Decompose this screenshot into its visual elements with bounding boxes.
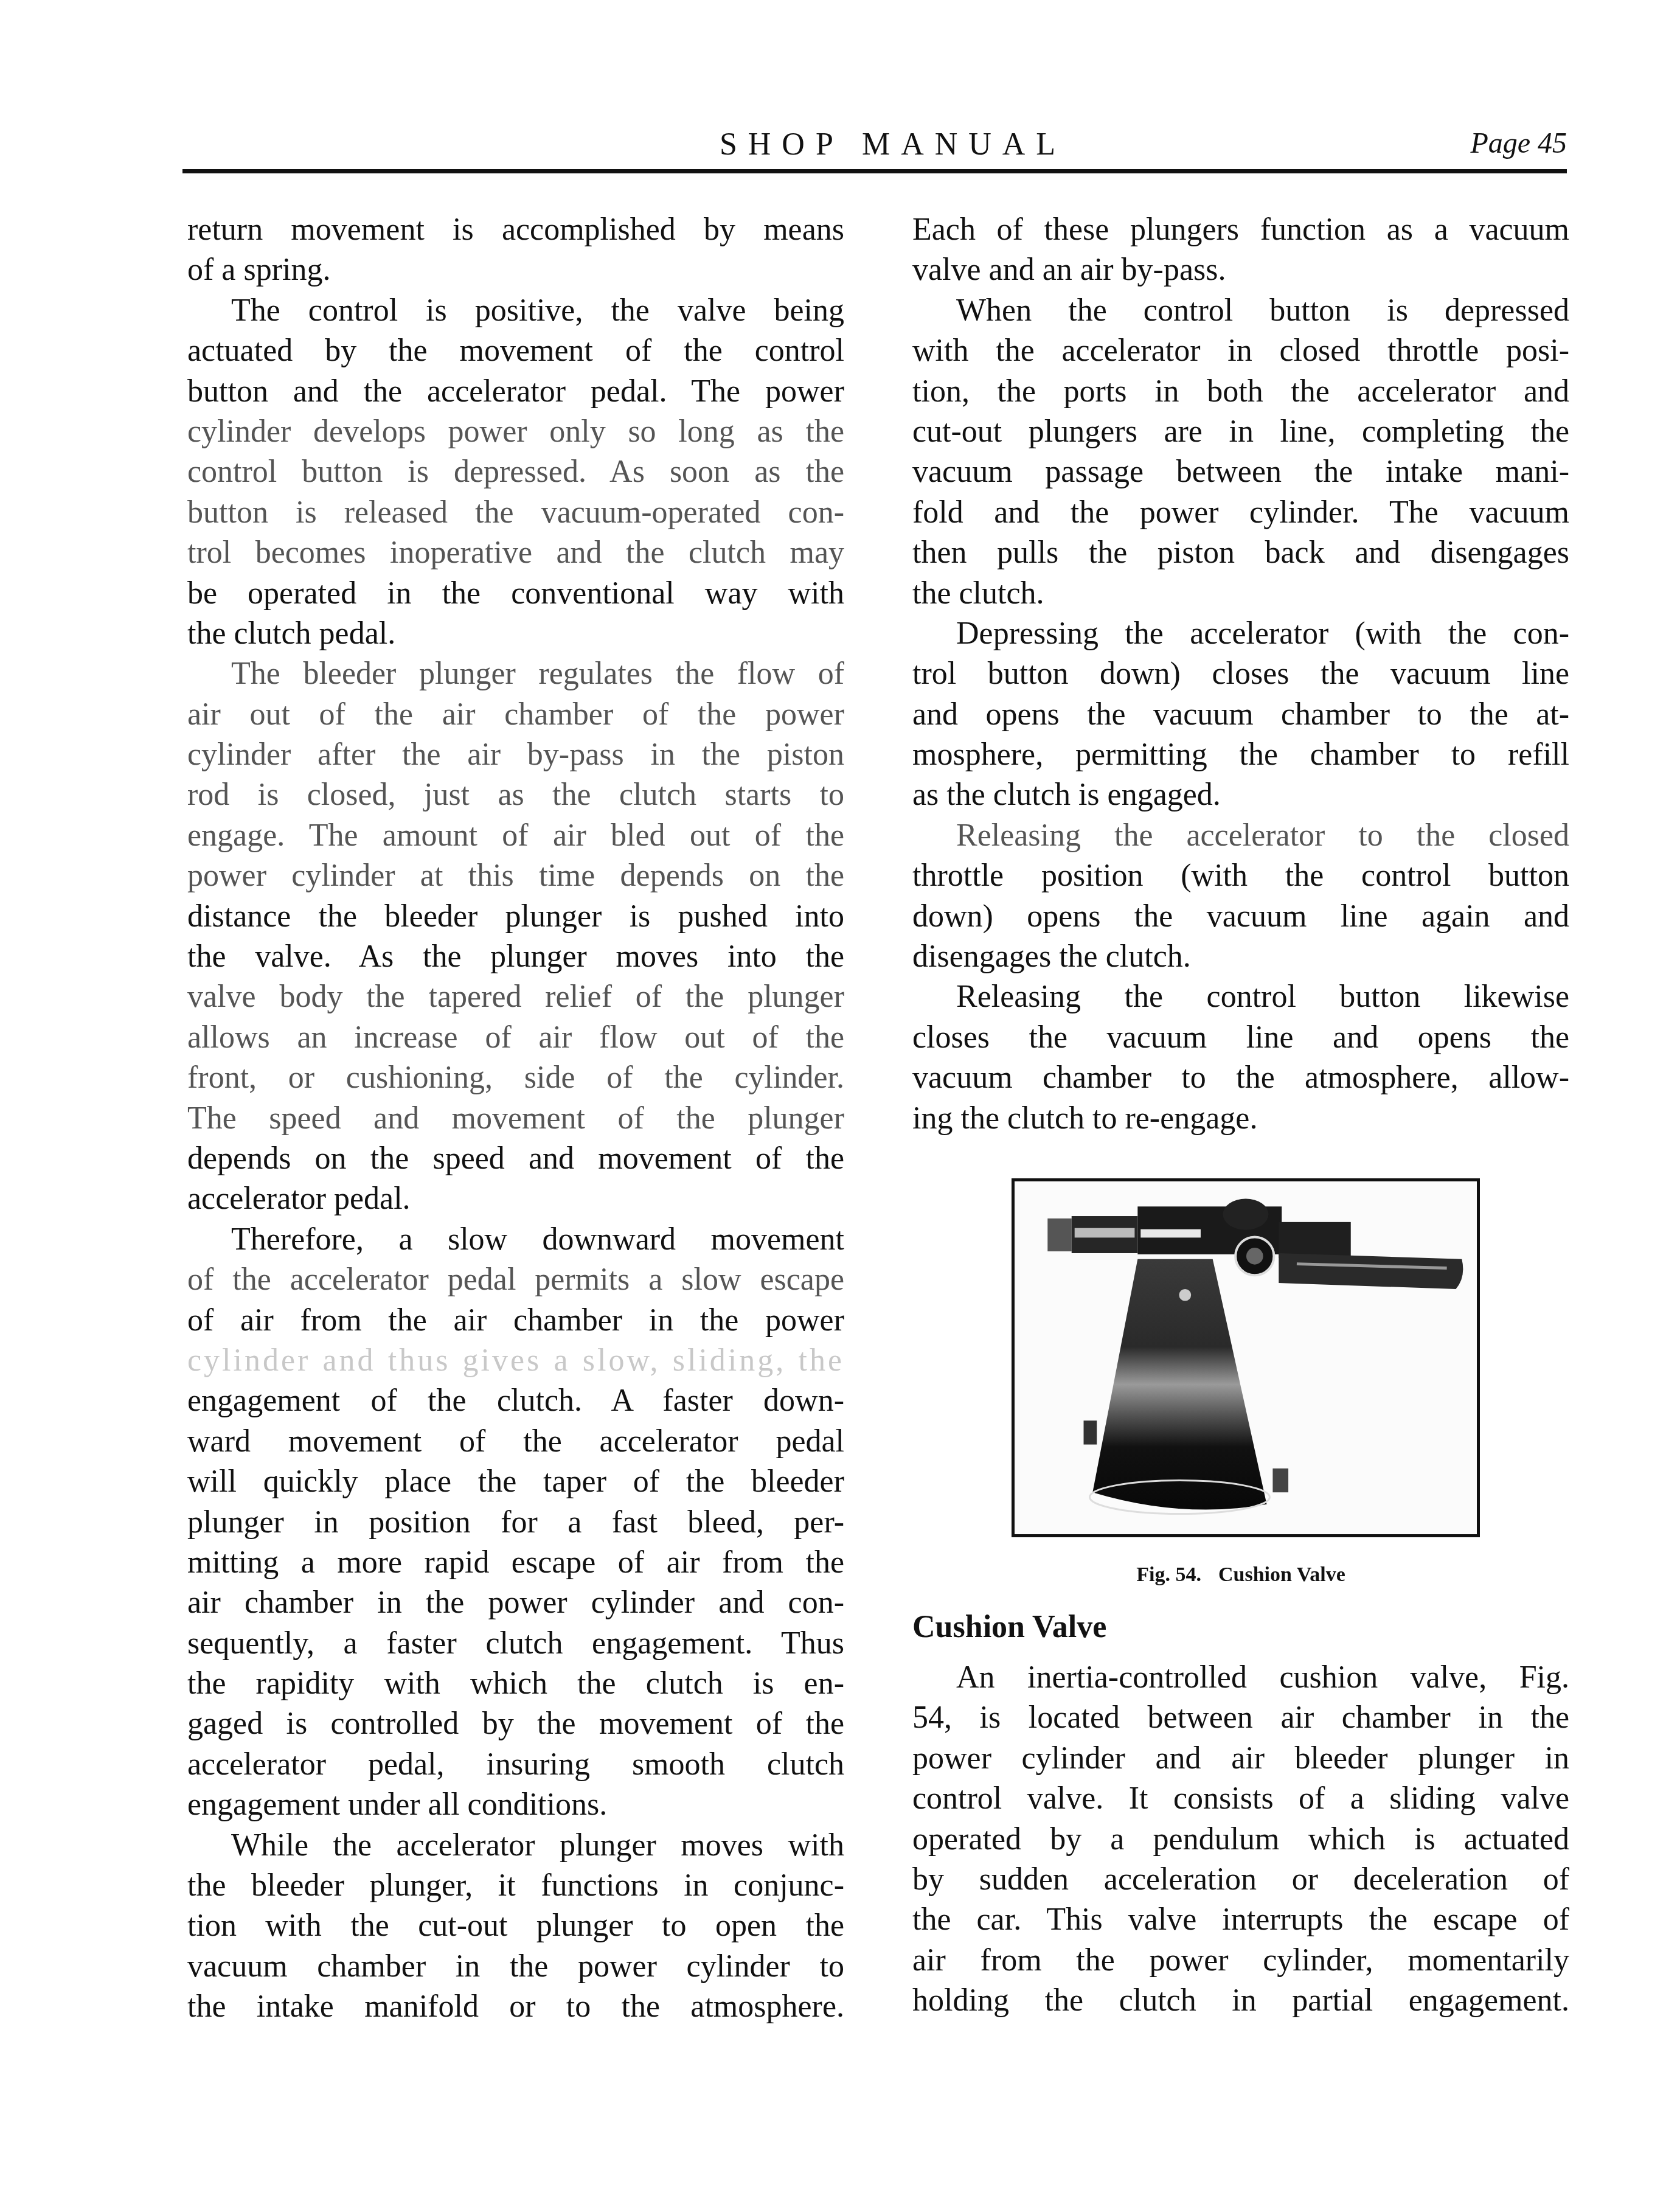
text-line: control button is depressed. As soon as … [187,452,844,492]
left-column: return movement is accomplished by means… [187,210,844,2028]
text-line: cut-out plungers are in line, completing… [912,412,1569,452]
text-line: holding the clutch in partial engagement… [912,1981,1569,2021]
text-line: of the accelerator pedal permits a slow … [187,1260,844,1300]
text-line: the clutch pedal. [187,614,844,654]
text-line: engagement of the clutch. A faster down- [187,1381,844,1421]
text-line: ward movement of the accelerator pedal [187,1422,844,1462]
text-line: An inertia-controlled cushion valve, Fig… [912,1658,1569,1698]
text-line: will quickly place the taper of the blee… [187,1462,844,1502]
text-line: Releasing the control button likewise [912,977,1569,1017]
section-heading-cushion-valve: Cushion Valve [912,1609,1106,1645]
text-line: cylinder and thus gives a slow, sliding,… [187,1341,844,1381]
text-line: be operated in the conventional way with [187,574,844,614]
text-line: of air from the air chamber in the power [187,1301,844,1341]
figure-54 [1012,1178,1480,1537]
text-line: the rapidity with which the clutch is en… [187,1664,844,1704]
text-line: valve body the tapered relief of the plu… [187,977,844,1017]
text-line: button is released the vacuum-operated c… [187,493,844,533]
text-line: the clutch. [912,574,1569,614]
figure-caption-text: Cushion Valve [1218,1563,1345,1586]
text-line: vacuum chamber in the power cylinder to [187,1947,844,1987]
running-title: SHOP MANUAL [182,127,1567,162]
text-line: The bleeder plunger regulates the flow o… [187,654,844,694]
text-line: of a spring. [187,250,844,290]
right-column: Each of these plungers function as a vac… [912,210,1569,1139]
text-line: cylinder develops power only so long as … [187,412,844,452]
text-line: depends on the speed and movement of the [187,1139,844,1179]
text-line: power cylinder at this time depends on t… [187,856,844,896]
text-line: The control is positive, the valve being [187,291,844,331]
text-line: button and the accelerator pedal. The po… [187,372,844,412]
text-line: disengages the clutch. [912,937,1569,977]
text-line: throttle position (with the control butt… [912,856,1569,896]
text-line: the valve. As the plunger moves into the [187,937,844,977]
text-line: plunger in position for a fast bleed, pe… [187,1503,844,1543]
text-line: Each of these plungers function as a vac… [912,210,1569,250]
text-line: tion, the ports in both the accelerator … [912,372,1569,412]
text-line: valve and an air by-pass. [912,250,1569,290]
text-line: accelerator pedal. [187,1179,844,1219]
text-line: tion with the cut-out plunger to open th… [187,1906,844,1946]
page-header: SHOP MANUAL Page 45 [182,122,1567,176]
text-line: rod is closed, just as the clutch starts… [187,775,844,815]
header-rule [182,169,1567,173]
text-line: air out of the air chamber of the power [187,695,844,735]
text-line: then pulls the piston back and disengage… [912,533,1569,573]
text-line: control valve. It consists of a sliding … [912,1779,1569,1819]
text-line: engagement under all conditions. [187,1785,844,1825]
text-line: ing the clutch to re-engage. [912,1099,1569,1139]
text-line: the car. This valve interrupts the escap… [912,1900,1569,1940]
text-line: sequently, a faster clutch engagement. T… [187,1624,844,1664]
text-line: return movement is accomplished by means [187,210,844,250]
text-line: operated by a pendulum which is actuated [912,1820,1569,1860]
page-number: Page 45 [1470,127,1567,160]
text-line: trol becomes inoperative and the clutch … [187,533,844,573]
text-line: and opens the vacuum chamber to the at- [912,695,1569,735]
text-line: Depressing the accelerator (with the con… [912,614,1569,654]
text-line: closes the vacuum line and opens the [912,1018,1569,1058]
text-line: When the control button is depressed [912,291,1569,331]
text-line: mitting a more rapid escape of air from … [187,1543,844,1583]
text-line: the intake manifold or to the atmosphere… [187,1987,844,2027]
figure-caption: Fig. 54.Cushion Valve [912,1563,1569,1587]
text-line: fold and the power cylinder. The vacuum [912,493,1569,533]
text-line: While the accelerator plunger moves with [187,1826,844,1866]
text-line: front, or cushioning, side of the cylind… [187,1058,844,1098]
text-line: Releasing the accelerator to the closed [912,816,1569,856]
text-line: vacuum chamber to the atmosphere, allow- [912,1058,1569,1098]
text-line: down) opens the vacuum line again and [912,897,1569,937]
text-line: air from the power cylinder, momentarily [912,1941,1569,1981]
text-line: The speed and movement of the plunger [187,1099,844,1139]
text-line: air chamber in the power cylinder and co… [187,1583,844,1623]
figure-number: Fig. 54. [1136,1563,1201,1586]
text-line: vacuum passage between the intake mani- [912,452,1569,492]
text-line: accelerator pedal, insuring smooth clutc… [187,1745,844,1785]
text-line: gaged is controlled by the movement of t… [187,1704,844,1744]
text-line: trol button down) closes the vacuum line [912,654,1569,694]
text-line: cylinder after the air by-pass in the pi… [187,735,844,775]
text-line: Therefore, a slow downward movement [187,1220,844,1260]
text-line: with the accelerator in closed throttle … [912,331,1569,371]
text-line: distance the bleeder plunger is pushed i… [187,897,844,937]
text-line: allows an increase of air flow out of th… [187,1018,844,1058]
cushion-valve-illustration [1015,1181,1477,1534]
text-line: 54, is located between air chamber in th… [912,1698,1569,1738]
text-line: engage. The amount of air bled out of th… [187,816,844,856]
text-line: power cylinder and air bleeder plunger i… [912,1739,1569,1779]
text-line: actuated by the movement of the control [187,331,844,371]
text-line: mosphere, permitting the chamber to refi… [912,735,1569,775]
text-line: the bleeder plunger, it functions in con… [187,1866,844,1906]
text-line: as the clutch is engaged. [912,775,1569,815]
cushion-valve-paragraph: An inertia-controlled cushion valve, Fig… [912,1658,1569,2021]
text-line: by sudden acceleration or deceleration o… [912,1860,1569,1900]
